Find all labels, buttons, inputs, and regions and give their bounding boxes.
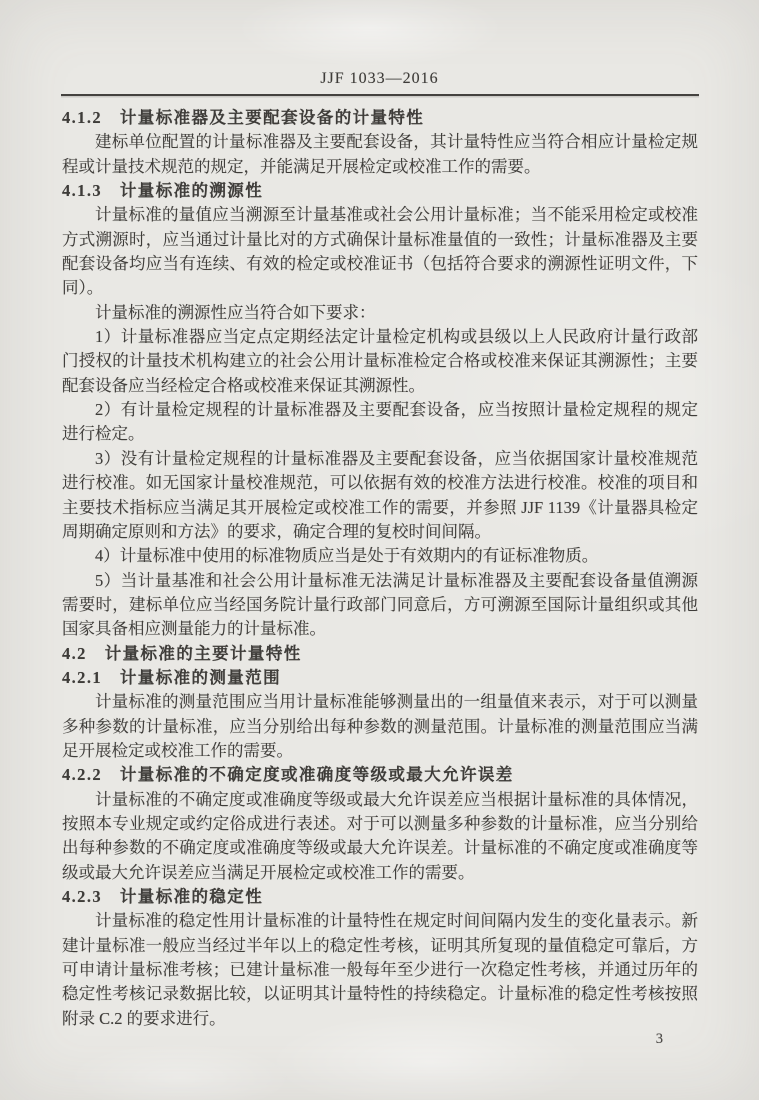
text-line: 级或最大允许误差应当满足开展检定或校准工作的需要。: [62, 861, 698, 885]
text-line: 计量标准的不确定度或准确度等级或最大允许误差应当根据计量标准的具体情况，: [62, 788, 698, 812]
text-line: 门授权的计量技术机构建立的社会公用计量标准检定合格或校准来保证其溯源性；主要: [62, 349, 698, 373]
text-line: 配套设备均应当有连续、有效的检定或校准证书（包括符合要求的溯源性证明文件，下: [62, 252, 698, 276]
text-line: 需要时，建标单位应当经国务院计量行政部门同意后，方可溯源至国际计量组织或其他: [62, 593, 698, 617]
running-header: JJF 1033—2016: [0, 70, 759, 88]
text-line: 建标单位配置的计量标准器及主要配套设备，其计量特性应当符合相应计量检定规: [62, 130, 698, 154]
text-line: 附录 C.2 的要求进行。: [62, 1007, 698, 1031]
text-line: 计量标准的稳定性用计量标准的计量特性在规定时间间隔内发生的变化量表示。新: [62, 909, 698, 933]
text-line: 出每种参数的不确定度或准确度等级或最大允许误差。计量标准的不确定度或准确度等: [62, 836, 698, 860]
text-line: 计量标准的量值应当溯源至计量基准或社会公用计量标准；当不能采用检定或校准: [62, 203, 698, 227]
header-rule: [61, 94, 699, 96]
text-line: 主要技术指标应当满足其开展检定或校准工作的需要，并参照 JJF 1139《计量器…: [62, 496, 698, 520]
section-heading: 4.2.3 计量标准的稳定性: [62, 885, 698, 909]
page-number: 3: [656, 1031, 663, 1048]
text-line: 多种参数的计量标准，应当分别给出每种参数的测量范围。计量标准的测量范围应当满: [62, 715, 698, 739]
text-line: 国家具备相应测量能力的计量标准。: [62, 617, 698, 641]
text-line: 3）没有计量检定规程的计量标准器及主要配套设备，应当依据国家计量校准规范: [62, 447, 698, 471]
text-line: 建计量标准一般应当经过半年以上的稳定性考核，证明其所复现的量值稳定可靠后，方: [62, 934, 698, 958]
document-body: 4.1.2 计量标准器及主要配套设备的计量特性建标单位配置的计量标准器及主要配套…: [62, 106, 698, 1031]
text-line: 配套设备应当经检定合格或校准来保证其溯源性。: [62, 374, 698, 398]
scanned-page: JJF 1033—2016 4.1.2 计量标准器及主要配套设备的计量特性建标单…: [0, 0, 759, 1100]
text-line: 周期确定原则和方法》的要求，确定合理的复校时间间隔。: [62, 520, 698, 544]
section-heading: 4.1.3 计量标准的溯源性: [62, 179, 698, 203]
section-heading: 4.2.2 计量标准的不确定度或准确度等级或最大允许误差: [62, 763, 698, 787]
section-heading: 4.2 计量标准的主要计量特性: [62, 642, 698, 666]
text-line: 1）计量标准器应当定点定期经法定计量检定机构或县级以上人民政府计量行政部: [62, 325, 698, 349]
text-line: 同）。: [62, 276, 698, 300]
section-heading: 4.2.1 计量标准的测量范围: [62, 666, 698, 690]
text-line: 进行检定。: [62, 422, 698, 446]
text-line: 按照本专业规定或约定俗成进行表述。对于可以测量多种参数的计量标准，应当分别给: [62, 812, 698, 836]
text-line: 程或计量技术规范的规定，并能满足开展检定或校准工作的需要。: [62, 155, 698, 179]
text-line: 4）计量标准中使用的标准物质应当是处于有效期内的有证标准物质。: [62, 544, 698, 568]
text-line: 足开展检定或校准工作的需要。: [62, 739, 698, 763]
text-line: 2）有计量检定规程的计量标准器及主要配套设备，应当按照计量检定规程的规定: [62, 398, 698, 422]
text-line: 方式溯源时，应当通过计量比对的方式确保计量标准量值的一致性；计量标准器及主要: [62, 228, 698, 252]
text-line: 稳定性考核记录数据比较，以证明其计量特性的持续稳定。计量标准的稳定性考核按照: [62, 982, 698, 1006]
text-line: 进行校准。如无国家计量校准规范，可以依据有效的校准方法进行校准。校准的项目和: [62, 471, 698, 495]
text-line: 5）当计量基准和社会公用计量标准无法满足计量标准器及主要配套设备量值溯源: [62, 569, 698, 593]
text-line: 可申请计量标准考核；已建计量标准一般每年至少进行一次稳定性考核，并通过历年的: [62, 958, 698, 982]
section-heading: 4.1.2 计量标准器及主要配套设备的计量特性: [62, 106, 698, 130]
text-line: 计量标准的溯源性应当符合如下要求：: [62, 301, 698, 325]
text-line: 计量标准的测量范围应当用计量标准能够测量出的一组量值来表示，对于可以测量: [62, 690, 698, 714]
